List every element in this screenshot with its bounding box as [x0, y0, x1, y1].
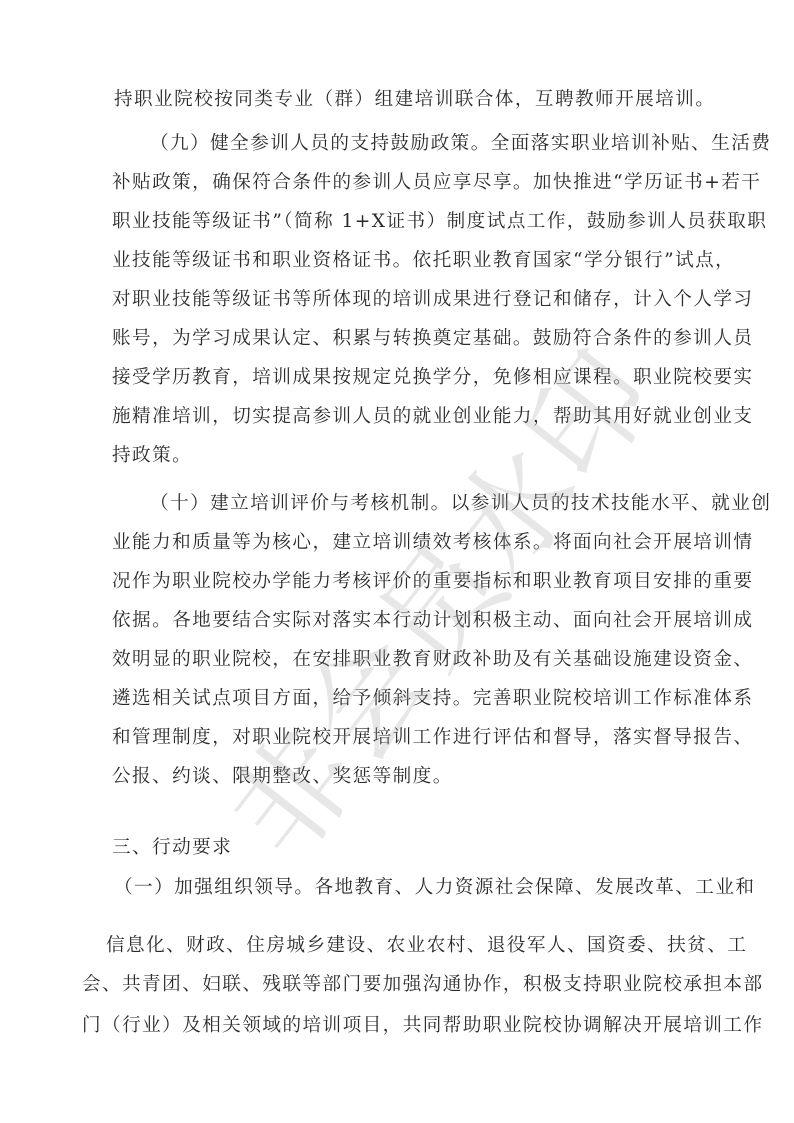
- document-page: 持职业院校按同类专业（群）组建培训联合体，互聘教师开展培训。 （九）健全参训人员…: [0, 0, 794, 1123]
- paragraph-9-line-1: （九）健全参训人员的支持鼓励政策。全面落实职业培训补贴、生活费: [150, 130, 718, 158]
- paragraph-10-line-1: （十）建立培训评价与考核机制。以参训人员的技术技能水平、就业创: [150, 490, 718, 518]
- paragraph-9-line-7: 接受学历教育，培训成果按规定兑换学分，免修相应课程。职业院校要实: [112, 364, 718, 392]
- paragraph-line-1: 持职业院校按同类专业（群）组建培训联合体，互聘教师开展培训。: [114, 86, 674, 114]
- paragraph-9-line-9: 持政策。: [112, 442, 718, 470]
- paragraph-10-line-5: 效明显的职业院校，在安排职业教育财政补助及有关基础设施建设资金、: [112, 646, 718, 674]
- paragraph-10-line-2: 业能力和质量等为核心，建立培训绩效考核体系。将面向社会开展培训情: [112, 529, 718, 557]
- paragraph-10-line-7: 和管理制度，对职业院校开展培训工作进行评估和督导，落实督导报告、: [112, 724, 718, 752]
- paragraph-9-line-8: 施精准培训，切实提高参训人员的就业创业能力，帮助其用好就业创业支: [112, 403, 718, 431]
- paragraph-1-line-4: 门（行业）及相关领域的培训项目，共同帮助职业院校协调解决开展培训工作: [82, 1012, 718, 1040]
- paragraph-9-line-2: 补贴政策，确保符合条件的参训人员应享尽享。加快推进“学历证书+若干: [112, 169, 718, 197]
- paragraph-10-line-6: 遴选相关试点项目方面，给予倾斜支持。完善职业院校培训工作标准体系: [112, 685, 718, 713]
- paragraph-1-line-1: （一）加强组织领导。各地教育、人力资源社会保障、发展改革、工业和: [114, 874, 714, 902]
- paragraph-1-line-2: 信息化、财政、住房城乡建设、农业农村、退役军人、国资委、扶贫、工: [106, 932, 718, 960]
- paragraph-9-line-3: 职业技能等级证书”（简称 1+X证书）制度试点工作，鼓励参训人员获取职: [112, 208, 718, 236]
- paragraph-9-line-4: 业技能等级证书和职业资格证书。依托职业教育国家“学分银行”试点，: [112, 247, 664, 275]
- paragraph-10-line-8: 公报、约谈、限期整改、奖惩等制度。: [112, 763, 718, 791]
- paragraph-9-line-6: 账号，为学习成果认定、积累与转换奠定基础。鼓励符合条件的参训人员: [112, 325, 712, 353]
- section-heading: 三、行动要求: [112, 834, 718, 862]
- paragraph-1-line-3: 会、共青团、妇联、残联等部门要加强沟通协作，积极支持职业院校承担本部: [82, 971, 718, 999]
- paragraph-10-line-4: 依据。各地要结合实际对落实本行动计划积极主动、面向社会开展培训成: [112, 607, 718, 635]
- paragraph-10-line-3: 况作为职业院校办学能力考核评价的重要指标和职业教育项目安排的重要: [112, 568, 718, 596]
- paragraph-9-line-5: 对职业技能等级证书等所体现的培训成果进行登记和储存，计入个人学习: [112, 286, 702, 314]
